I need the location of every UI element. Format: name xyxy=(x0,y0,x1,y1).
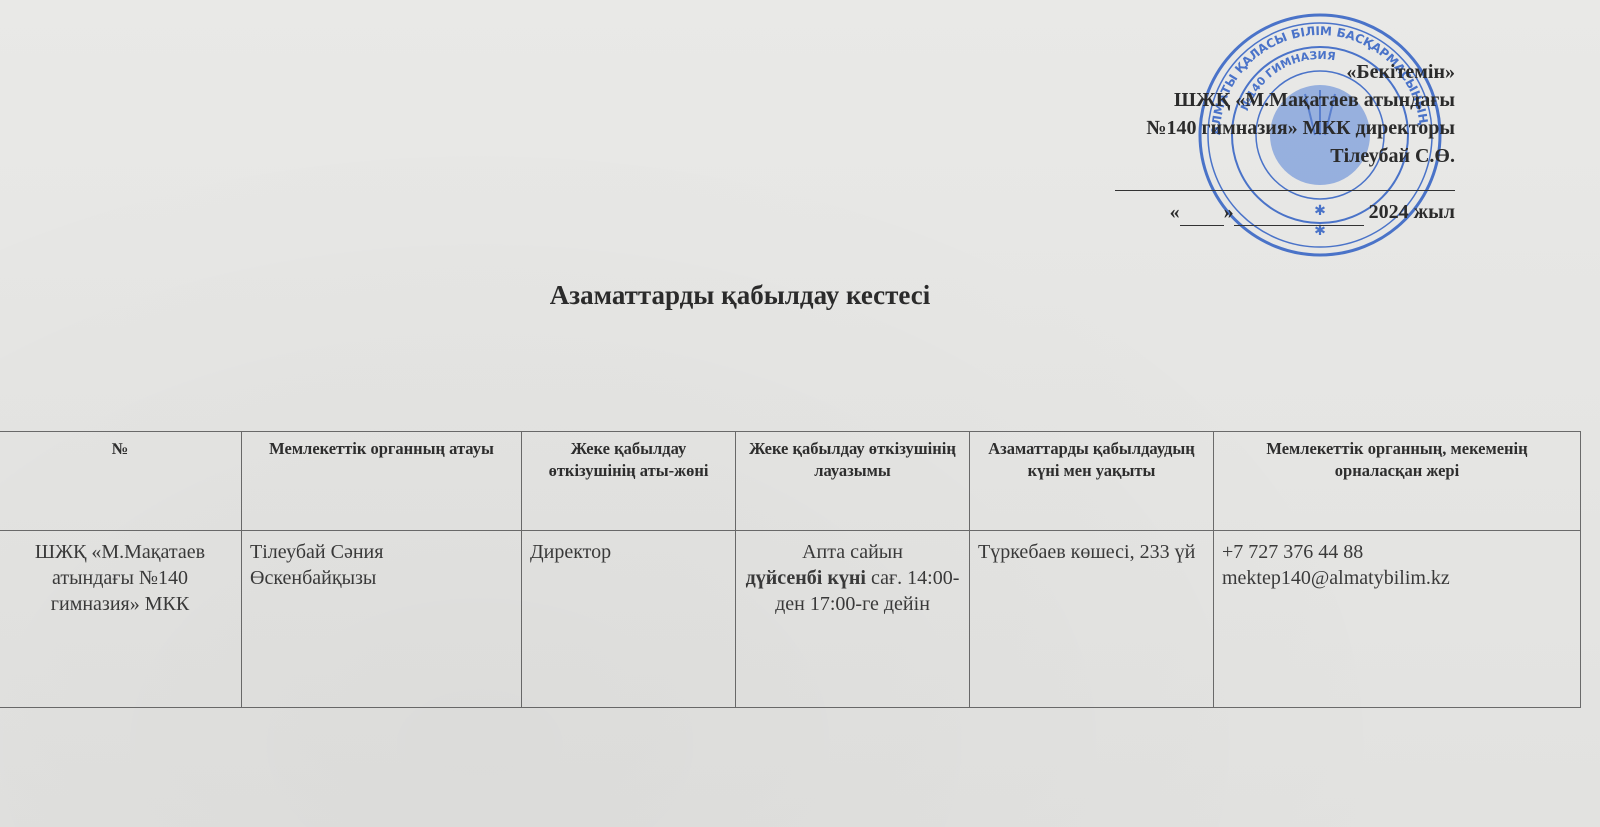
header-number: № xyxy=(0,432,242,531)
cell-name: Тілеубай Сәния Өскенбайқызы xyxy=(242,531,522,708)
approval-org-line2: №140 гимназия» МКК директоры xyxy=(1115,114,1455,142)
cell-contacts: +7 727 376 44 88 mektep140@almatybilim.k… xyxy=(1214,531,1581,708)
cell-position: Директор xyxy=(522,531,736,708)
cell-organization: ШЖҚ «М.Мақатаев атындағы №140 гимназия» … xyxy=(0,531,242,708)
signature-line xyxy=(1115,170,1455,198)
email-address: mektep140@almatybilim.kz xyxy=(1222,567,1450,589)
header-organization: Мемлекеттік органның атауы xyxy=(242,432,522,531)
approval-signer: Тілеубай С.Ө. xyxy=(1115,142,1455,170)
header-name: Жеке қабылдау өткізушінің аты-жөні xyxy=(522,432,736,531)
approval-date: «» 2024 жыл xyxy=(1115,198,1455,226)
cell-address: Түркебаев көшесі, 233 үй xyxy=(970,531,1214,708)
header-location: Мемлекеттік органның, мекеменің орналасқ… xyxy=(1214,432,1581,531)
approval-block: «Бекітемін» ШЖҚ «М.Мақатаев атындағы №14… xyxy=(1115,58,1455,226)
approval-year: 2024 жыл xyxy=(1369,201,1455,223)
phone-number: +7 727 376 44 88 xyxy=(1222,541,1363,563)
approval-heading: «Бекітемін» xyxy=(1115,58,1455,86)
cell-schedule: Апта сайын дүйсенбі күні сағ. 14:00-ден … xyxy=(736,531,970,708)
header-datetime: Азаматтарды қабылдаудың күні мен уақыты xyxy=(970,432,1214,531)
reception-schedule-table: № Мемлекеттік органның атауы Жеке қабылд… xyxy=(0,431,1581,708)
approval-org-line1: ШЖҚ «М.Мақатаев атындағы xyxy=(1115,86,1455,114)
svg-text:✱: ✱ xyxy=(1314,224,1326,239)
table-header-row: № Мемлекеттік органның атауы Жеке қабылд… xyxy=(0,432,1581,531)
table-row: ШЖҚ «М.Мақатаев атындағы №140 гимназия» … xyxy=(0,531,1581,708)
document-page: АЛМАТЫ ҚАЛАСЫ БІЛІМ БАСҚАРМАСЫНЫҢ №140 Г… xyxy=(0,0,1600,827)
page-title: Азаматтарды қабылдау кестесі xyxy=(0,280,1480,311)
header-position: Жеке қабылдау өткізушінің лауазымы xyxy=(736,432,970,531)
